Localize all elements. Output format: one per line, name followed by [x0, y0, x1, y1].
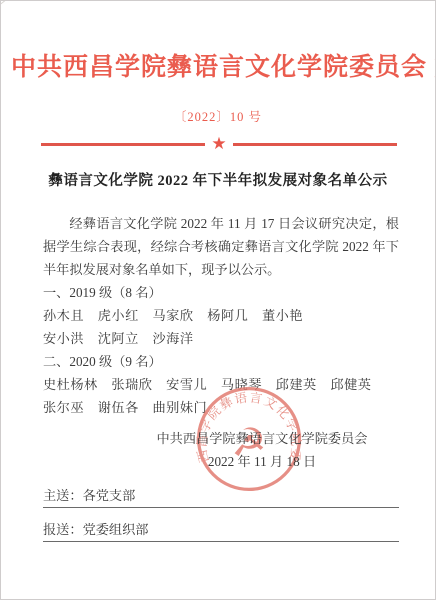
- section-heading-2019: 一、2019 级（8 名）: [43, 281, 399, 304]
- official-document-page: 中共西昌学院彝语言文化学院委员会 文件 〔2022〕10 号 ★ 彝语言文化学院…: [0, 0, 436, 600]
- document-title: 彝语言文化学院 2022 年下半年拟发展对象名单公示: [1, 169, 435, 190]
- section-heading-2020: 二、2020 级（9 名）: [43, 350, 399, 373]
- footer-row-report-send: 报送：党委组织部: [43, 519, 399, 542]
- signature-date: 2022 年 11 月 18 日: [127, 450, 397, 473]
- name-row: 安小洪 沈阿立 沙海洋: [43, 327, 399, 350]
- signature-block: 中共西昌学院彝语言文化学院委员会 2022 年 11 月 18 日: [127, 427, 397, 473]
- scan-fold-mark: [0, 0, 33, 16]
- star-icon: ★: [211, 136, 226, 153]
- red-divider-rule: ★: [41, 135, 397, 153]
- footer-label: 主送：: [43, 488, 83, 503]
- document-number: 〔2022〕10 号: [1, 107, 435, 125]
- footer-value: 各党支部: [83, 488, 136, 503]
- signature-org: 中共西昌学院彝语言文化学院委员会: [127, 427, 397, 450]
- footer-label: 报送：: [43, 522, 83, 537]
- rule-segment-right: [233, 143, 397, 146]
- name-row: 孙木且 虎小红 马家欣 杨阿几 董小艳: [43, 304, 399, 327]
- rule-segment-left: [41, 143, 205, 146]
- footer-value: 党委组织部: [83, 522, 149, 537]
- document-header-title: 中共西昌学院彝语言文化学院委员会 文件: [11, 47, 425, 83]
- body-paragraph: 经彝语言文化学院 2022 年 11 月 17 日会议研究决定，根据学生综合表现…: [43, 212, 399, 281]
